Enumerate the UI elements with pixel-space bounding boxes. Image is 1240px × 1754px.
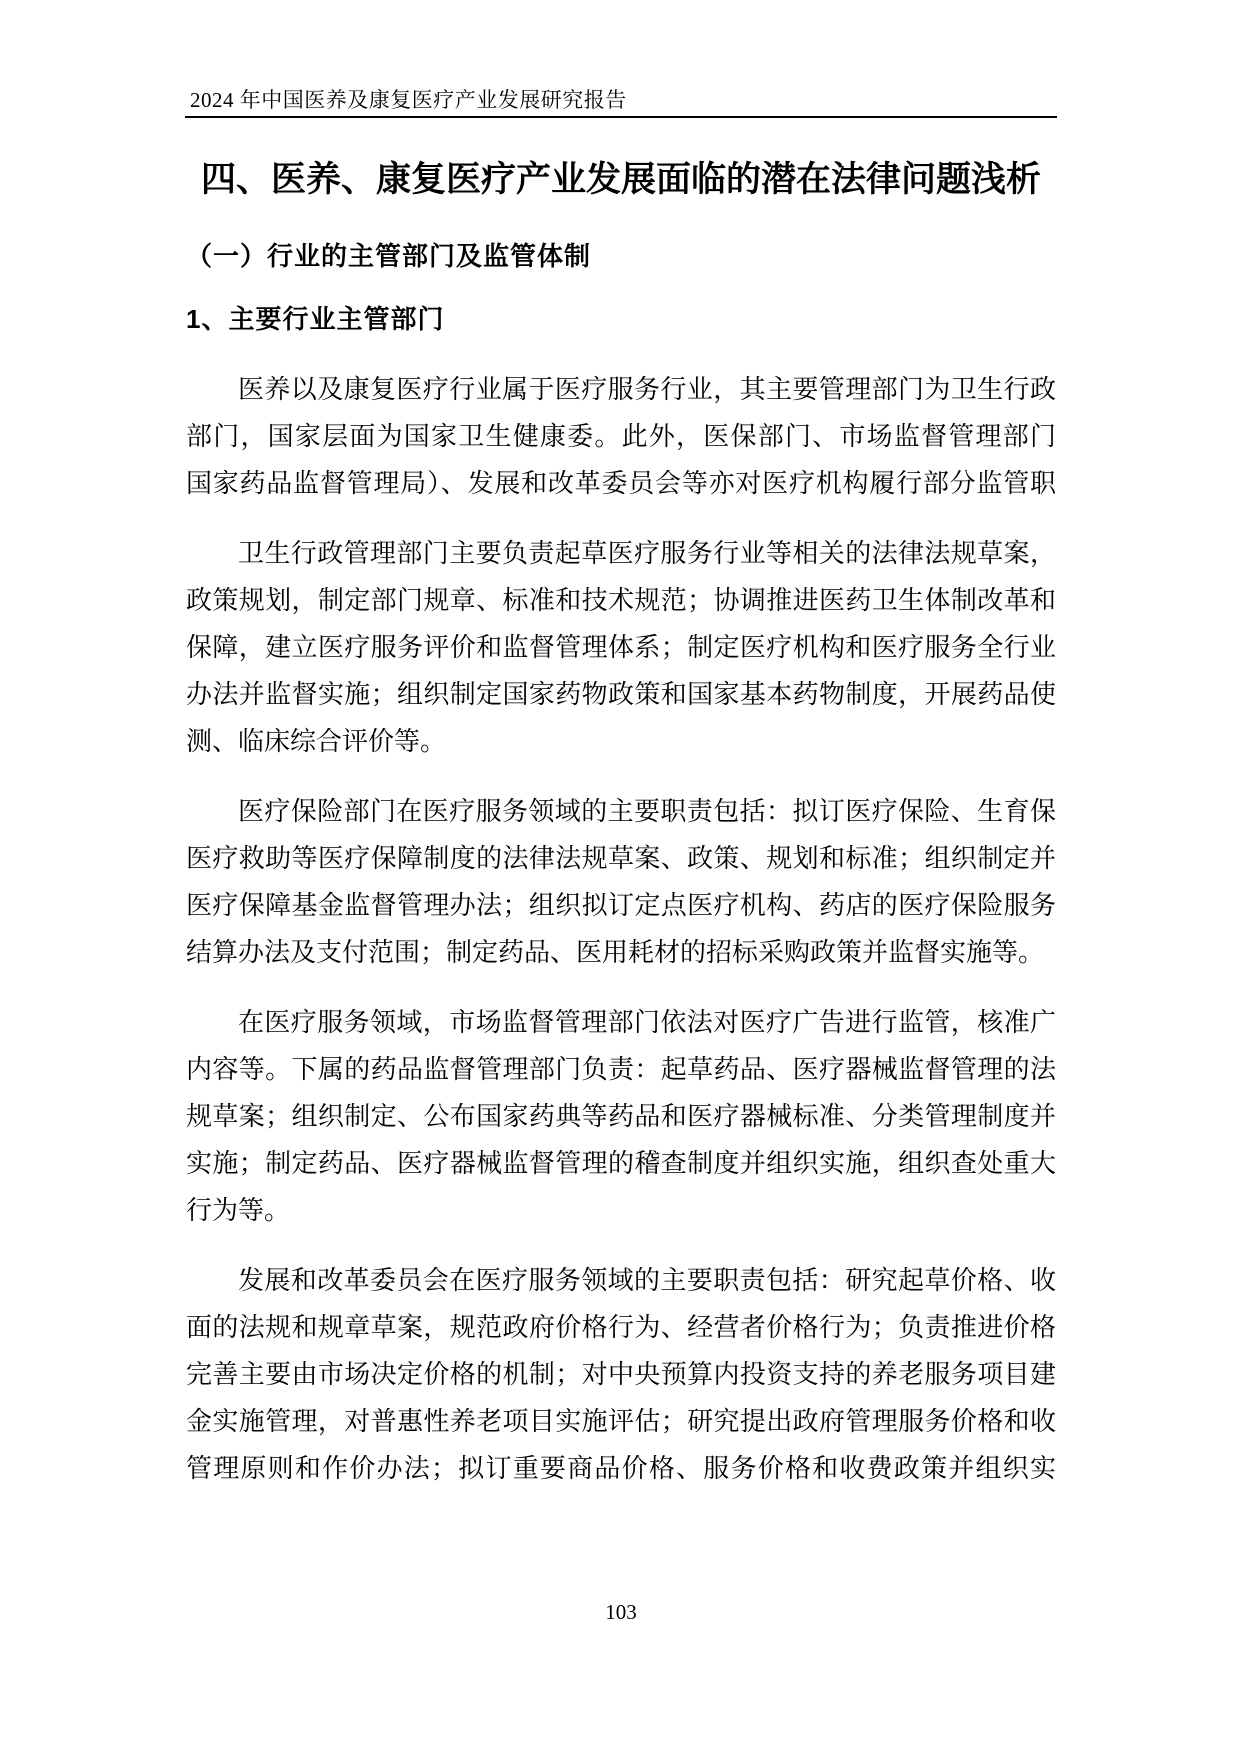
paragraph-line: 在医疗服务领域，市场监督管理部门依法对医疗广告进行监管，核准广告的 xyxy=(186,999,1056,1046)
paragraph-line: 结算办法及支付范围；制定药品、医用耗材的招标采购政策并监督实施等。 xyxy=(186,929,1056,976)
paragraph-line: 面的法规和规章草案，规范政府价格行为、经营者价格行为；负责推进价格改革， xyxy=(186,1304,1056,1351)
paragraph-line: 卫生行政管理部门主要负责起草医疗服务行业等相关的法律法规草案，拟订 xyxy=(186,530,1056,577)
section-heading: （一）行业的主管部门及监管体制 xyxy=(186,241,1056,271)
subsection-heading: 1、主要行业主管部门 xyxy=(186,304,1056,334)
paragraph-line: 国家药品监督管理局）、发展和改革委员会等亦对医疗机构履行部分监管职能。 xyxy=(186,460,1056,507)
paragraph-line: 发展和改革委员会在医疗服务领域的主要职责包括：研究起草价格、收费方 xyxy=(186,1257,1056,1304)
paragraph-line: 部门，国家层面为国家卫生健康委。此外，医保部门、市场监督管理部门（下属 xyxy=(186,413,1056,460)
paragraph-line: 政策规划，制定部门规章、标准和技术规范；协调推进医药卫生体制改革和医疗 xyxy=(186,577,1056,624)
paragraph-line: 实施；制定药品、医疗器械监督管理的稽查制度并组织实施，组织查处重大违法 xyxy=(186,1140,1056,1187)
paragraph-line: 完善主要由市场决定价格的机制；对中央预算内投资支持的养老服务项目建设资 xyxy=(186,1351,1056,1398)
page-body: 四、医养、康复医疗产业发展面临的潜在法律问题浅析 （一）行业的主管部门及监管体制… xyxy=(186,158,1056,1515)
paragraph-line: 管理原则和作价办法；拟订重要商品价格、服务价格和收费政策并组织实施。 xyxy=(186,1445,1056,1492)
paragraph-line: 办法并监督实施；组织制定国家药物政策和国家基本药物制度，开展药品使用监 xyxy=(186,671,1056,718)
document-page: 2024 年中国医养及康复医疗产业发展研究报告 四、医养、康复医疗产业发展面临的… xyxy=(0,0,1240,1754)
header-rule xyxy=(185,116,1057,118)
chapter-title: 四、医养、康复医疗产业发展面临的潜在法律问题浅析 xyxy=(186,158,1056,202)
running-header: 2024 年中国医养及康复医疗产业发展研究报告 xyxy=(190,86,1058,114)
paragraph-line: 医养以及康复医疗行业属于医疗服务行业，其主要管理部门为卫生行政管理 xyxy=(186,366,1056,413)
paragraph: 医养以及康复医疗行业属于医疗服务行业，其主要管理部门为卫生行政管理 部门，国家层… xyxy=(186,366,1056,507)
paragraph-line: 医疗保障基金监督管理办法；组织拟订定点医疗机构、药店的医疗保险服务管理、 xyxy=(186,882,1056,929)
paragraph: 医疗保险部门在医疗服务领域的主要职责包括：拟订医疗保险、生育保险、 医疗救助等医… xyxy=(186,788,1056,976)
paragraph: 在医疗服务领域，市场监督管理部门依法对医疗广告进行监管，核准广告的 内容等。下属… xyxy=(186,999,1056,1234)
paragraph: 发展和改革委员会在医疗服务领域的主要职责包括：研究起草价格、收费方 面的法规和规… xyxy=(186,1257,1056,1492)
paragraph-line: 金实施管理，对普惠性养老项目实施评估；研究提出政府管理服务价格和收费的 xyxy=(186,1398,1056,1445)
paragraph-line: 保障，建立医疗服务评价和监督管理体系；制定医疗机构和医疗服务全行业管理 xyxy=(186,624,1056,671)
paragraph-line: 医疗救助等医疗保障制度的法律法规草案、政策、规划和标准；组织制定并实施 xyxy=(186,835,1056,882)
paragraph-line: 行为等。 xyxy=(186,1187,1056,1234)
page-number: 103 xyxy=(186,1598,1056,1626)
paragraph: 卫生行政管理部门主要负责起草医疗服务行业等相关的法律法规草案，拟订 政策规划，制… xyxy=(186,530,1056,765)
paragraph-line: 内容等。下属的药品监督管理部门负责：起草药品、医疗器械监督管理的法律法 xyxy=(186,1046,1056,1093)
paragraph-line: 测、临床综合评价等。 xyxy=(186,718,1056,765)
paragraph-line: 规草案；组织制定、公布国家药典等药品和医疗器械标准、分类管理制度并监督 xyxy=(186,1093,1056,1140)
paragraph-line: 医疗保险部门在医疗服务领域的主要职责包括：拟订医疗保险、生育保险、 xyxy=(186,788,1056,835)
